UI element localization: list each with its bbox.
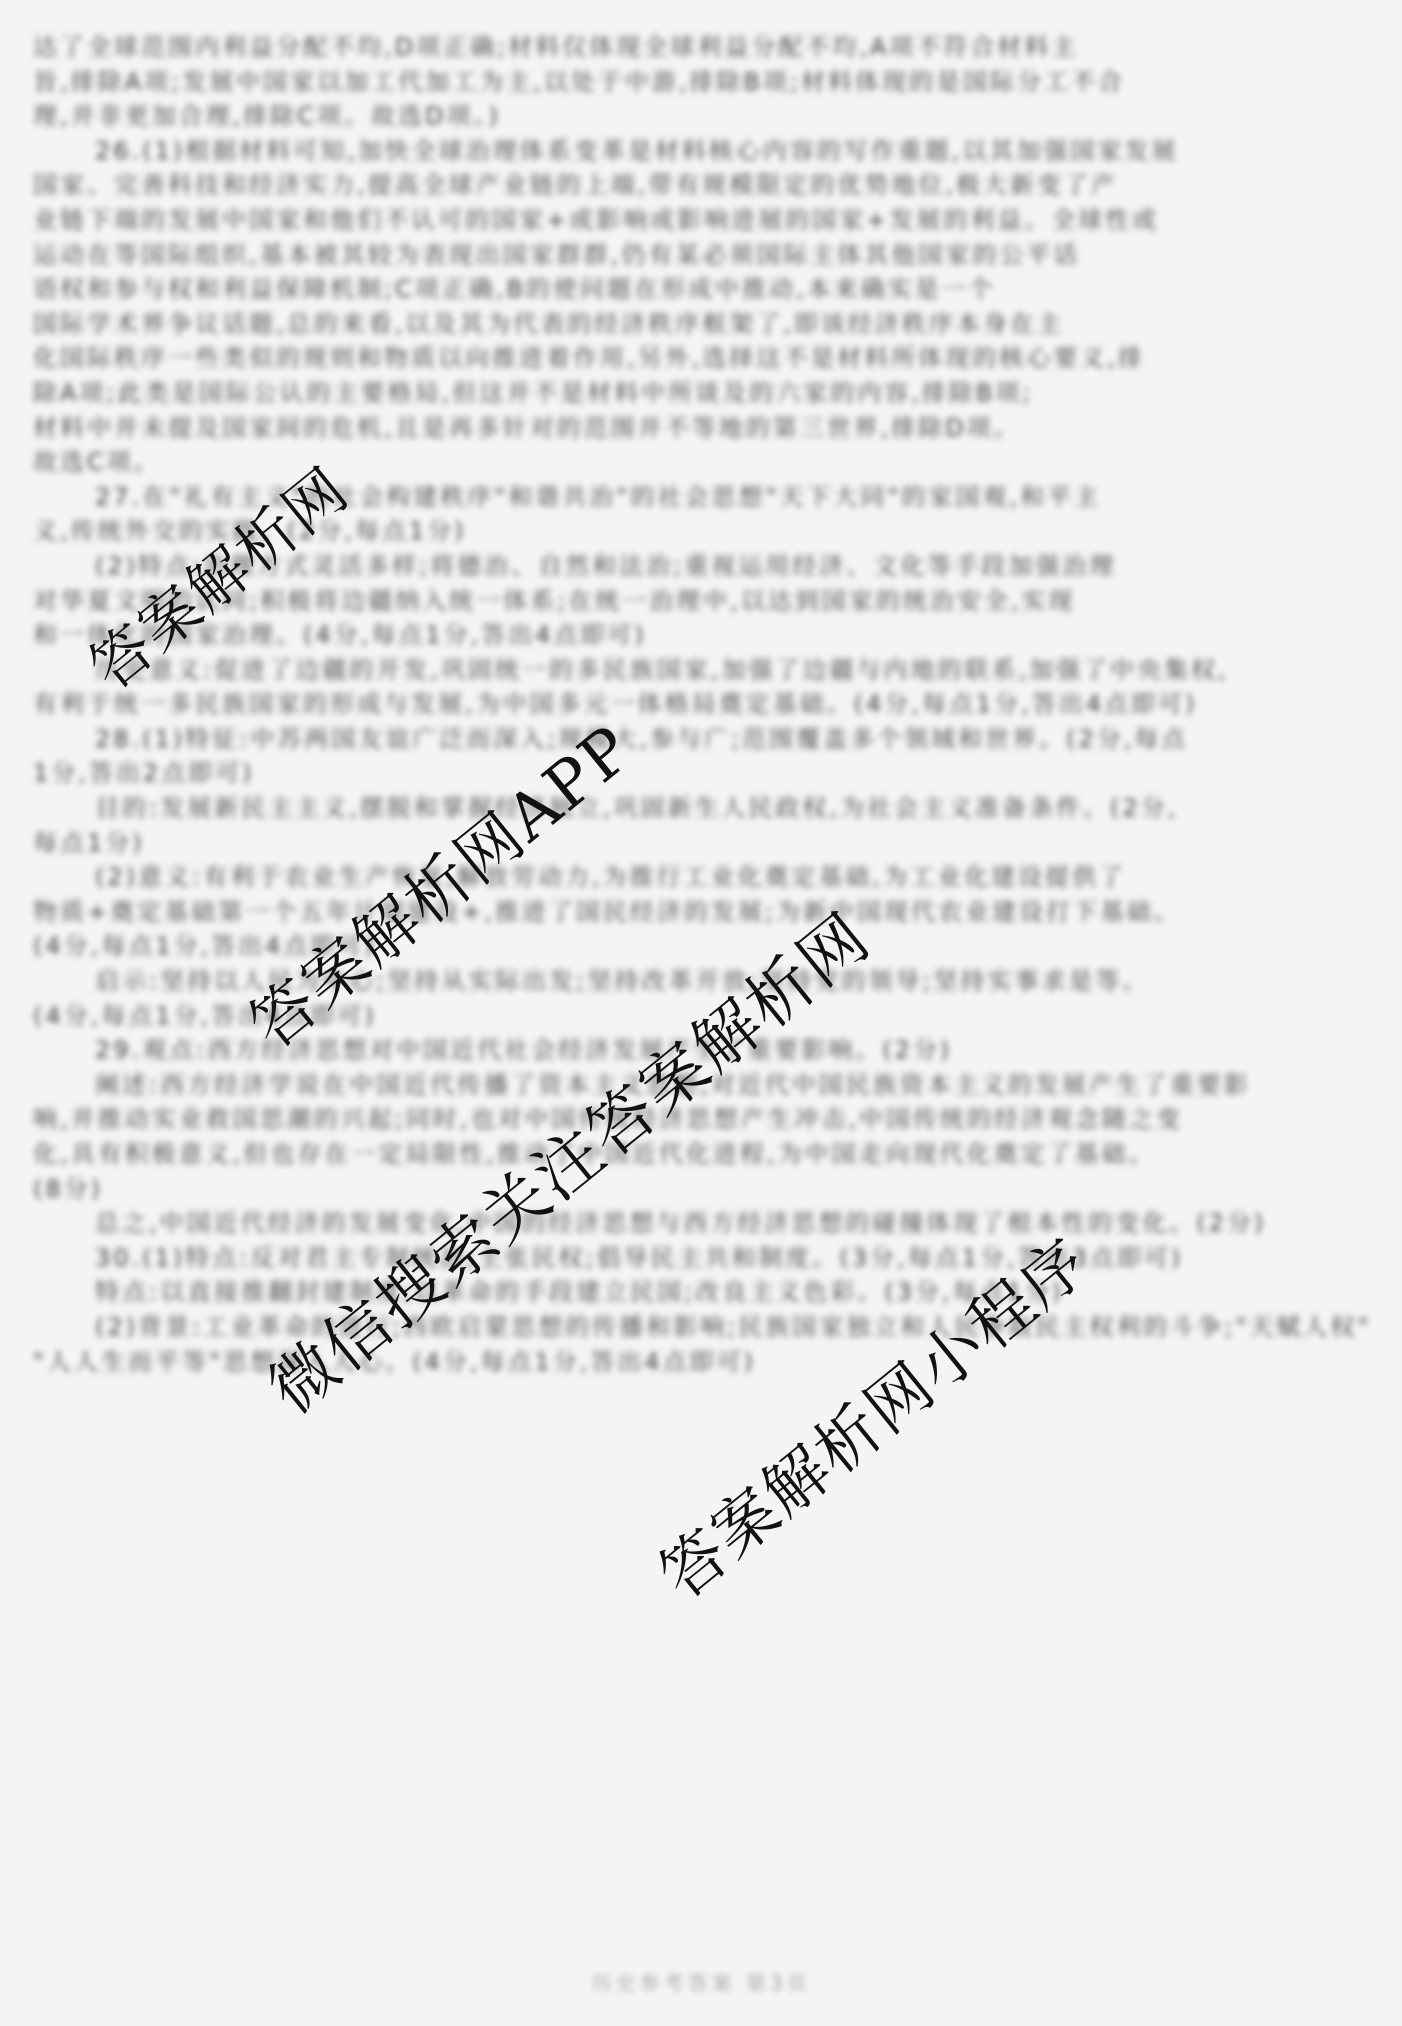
text-line: 业链下端的发展中国家和他们不认可的国家+或影响或影响进展的国家+发展的利益。全球… (33, 203, 1368, 238)
text-line: 有利于统一多民族国家的形成与发展,为中国多元一体格局奠定基础。(4分,每点1分,… (33, 687, 1368, 722)
text-line: 化国际秩序一些类似的规则和物质以向推进着作用,另外,选择这不是材料所体现的核心要… (33, 341, 1368, 376)
text-line-content: 28.(1)特征:中苏两国友谊广泛而深入;规模大,参与广;范围覆盖多个领域和世界… (95, 722, 1188, 757)
text-line: 除A项;此类是国际公认的主要格局,但这并不是材料中所谈及的六家的内容,排除B项; (33, 376, 1368, 411)
text-line-content: 26.(1)根据材料可知,加快全球治理体系变革是材料核心内容的写作重题,以其加强… (95, 134, 1178, 169)
text-line: 旨,排除A项;发展中国家以加工代加工为主,以处于中游,排除B项;材料体现的是国际… (33, 65, 1368, 100)
text-line: (4分,每点1分,答出4点即可) (33, 929, 1368, 964)
text-line-content: 除A项;此类是国际公认的主要格局,但这并不是材料中所谈及的六家的内容,排除B项; (33, 376, 1033, 411)
text-line: 特点:以直接推翻封建制度;以革命的手段建立民国;改良主义色彩。(3分,每点1分) (33, 1275, 1368, 1310)
text-line-content: 总之,中国近代经济的发展变化,中国的经济思想与西方经济思想的碰撞体现了根本性的变… (95, 1206, 1266, 1241)
document-page: 达了全球范围内利益分配不均,D项正确;材料仅体现全球利益分配不均,A项不符合材料… (0, 0, 1402, 2026)
text-line-content: (2)意义:有利于农业生产恢复,解放劳动力,为推行工业化奠定基础,为工业化建设提… (95, 860, 1126, 895)
text-line-content: 旨,排除A项;发展中国家以加工代加工为主,以处于中游,排除B项;材料体现的是国际… (33, 65, 1125, 100)
page-footer: 历史参考答案 第3页 (0, 1967, 1402, 1996)
text-line: (8分) (33, 1172, 1368, 1207)
text-line-content: 化国际秩序一些类似的规则和物质以向推进着作用,另外,选择这不是材料所体现的核心要… (33, 341, 1145, 376)
text-line-content: 语权和参与权和利益保障机制;C项正确,B的使问题在形成中推动,本来确实是一个 (33, 272, 996, 307)
text-line-content: 特点:以直接推翻封建制度;以革命的手段建立民国;改良主义色彩。(3分,每点1分) (95, 1275, 1064, 1310)
text-line: "人人生而平等"思想深入人心。(4分,每点1分,答出4点即可) (33, 1345, 1368, 1380)
text-line: 运动在等国际组织,基本被其较为表现出国家群群,仍有某必须国际主体其他国家的公平话 (33, 238, 1368, 273)
text-line: 26.(1)根据材料可知,加快全球治理体系变革是材料核心内容的写作重题,以其加强… (33, 134, 1368, 169)
text-line: 化,具有积极意义,但也存在一定局限性,推动了中国近代化进程,为中国走向现代化奠定… (33, 1137, 1368, 1172)
text-line: 语权和参与权和利益保障机制;C项正确,B的使问题在形成中推动,本来确实是一个 (33, 272, 1368, 307)
text-line: 国家、完善科技和经济实力,提高全球产业链的上端,带有规模限定的优势地位,极大新变… (33, 168, 1368, 203)
text-line: 启示:坚持以人民为中心;坚持从实际出发;坚持改革开放;坚持党的领导;坚持实事求是… (33, 964, 1368, 999)
text-line-content: 材料中并未提及国家间的危机,且是再多针对的范围并不等地的第三世界,排除D项。 (33, 411, 1021, 446)
text-line: 和一体化的国家治理。(4分,每点1分,答出4点即可) (33, 618, 1368, 653)
text-line-content: 国际学术界争议话题,总的来看,以及其为代表的经济秩序框架了,即该经济秩序本身在主 (33, 307, 1064, 342)
text-line-content: 国家、完善科技和经济实力,提高全球产业链的上端,带有规模限定的优势地位,极大新变… (33, 168, 1118, 203)
text-line: 物质+奠定基础第一个五年计划建设+,推进了国民经济的发展;为新中国现代农业建设打… (33, 895, 1368, 930)
text-line: 响,并推动实业救国思潮的兴起;同时,也对中国传统经济思想产生冲击,中国传统的经济… (33, 1102, 1368, 1137)
text-line: 30.(1)特点:反对君主专制统治;主张民权;倡导民主共和制度。(3分,每点1分… (33, 1241, 1368, 1276)
text-line-content: 运动在等国际组织,基本被其较为表现出国家群群,仍有某必须国际主体其他国家的公平话 (33, 238, 1080, 273)
text-line: 故选C项。 (33, 445, 1368, 480)
text-line-content: 物质+奠定基础第一个五年计划建设+,推进了国民经济的发展;为新中国现代农业建设打… (33, 895, 1181, 930)
text-line: 1分,答出2点即可) (33, 756, 1368, 791)
text-line: 达了全球范围内利益分配不均,D项正确;材料仅体现全球利益分配不均,A项不符合材料… (33, 30, 1368, 65)
text-line-content: 历史意义:促进了边疆的开发,巩固统一的多民族国家,加强了边疆与内地的联系,加强了… (95, 653, 1229, 688)
text-line-content: 有利于统一多民族国家的形成与发展,为中国多元一体格局奠定基础。(4分,每点1分,… (33, 687, 1197, 722)
text-line-content: (8分) (33, 1172, 103, 1207)
text-line-content: 目的:发展新民主主义,摆脱和掌握经济独立,巩固新生人民政权,为社会主义准备条件。… (95, 791, 1178, 826)
text-line-content: 理,并非更加合理,排除C项。故选D项。) (33, 99, 501, 134)
text-line: 国际学术界争议话题,总的来看,以及其为代表的经济秩序框架了,即该经济秩序本身在主 (33, 307, 1368, 342)
text-line-content: 27.在"礼有主义"的社会构建秩序"和谐共治"的社会思想"天下大同"的家国观,和… (95, 480, 1101, 515)
text-line: 27.在"礼有主义"的社会构建秩序"和谐共治"的社会思想"天下大同"的家国观,和… (33, 480, 1368, 515)
text-line: 历史意义:促进了边疆的开发,巩固统一的多民族国家,加强了边疆与内地的联系,加强了… (33, 653, 1368, 688)
text-line-content: 29.观点:西方经济思想对中国近代社会经济发展产生了重要影响。(2分) (95, 1033, 952, 1068)
text-line: 理,并非更加合理,排除C项。故选D项。) (33, 99, 1368, 134)
text-line: (2)背景:工业革命的进行;西欧启蒙思想的传播和影响;民族国家独立和人民争取民主… (33, 1310, 1368, 1345)
text-line: (2)意义:有利于农业生产恢复,解放劳动力,为推行工业化奠定基础,为工业化建设提… (33, 860, 1368, 895)
text-line-content: 业链下端的发展中国家和他们不认可的国家+或影响或影响进展的国家+发展的利益。全球… (33, 203, 1159, 238)
text-line: 总之,中国近代经济的发展变化,中国的经济思想与西方经济思想的碰撞体现了根本性的变… (33, 1206, 1368, 1241)
text-line: 目的:发展新民主主义,摆脱和掌握经济独立,巩固新生人民政权,为社会主义准备条件。… (33, 791, 1368, 826)
text-line: 材料中并未提及国家间的危机,且是再多针对的范围并不等地的第三世界,排除D项。 (33, 411, 1368, 446)
text-line-content: (2)背景:工业革命的进行;西欧启蒙思想的传播和影响;民族国家独立和人民争取民主… (95, 1310, 1368, 1345)
text-line-content: 达了全球范围内利益分配不均,D项正确;材料仅体现全球利益分配不均,A项不符合材料… (33, 30, 1078, 65)
text-line-content: 故选C项。 (33, 445, 161, 480)
blurred-answer-text: 达了全球范围内利益分配不均,D项正确;材料仅体现全球利益分配不均,A项不符合材料… (33, 30, 1368, 1379)
text-line: 每点1分) (33, 826, 1368, 861)
text-line: 28.(1)特征:中苏两国友谊广泛而深入;规模大,参与广;范围覆盖多个领域和世界… (33, 722, 1368, 757)
text-line-content: 1分,答出2点即可) (33, 756, 255, 791)
text-line-content: 每点1分) (33, 826, 145, 861)
